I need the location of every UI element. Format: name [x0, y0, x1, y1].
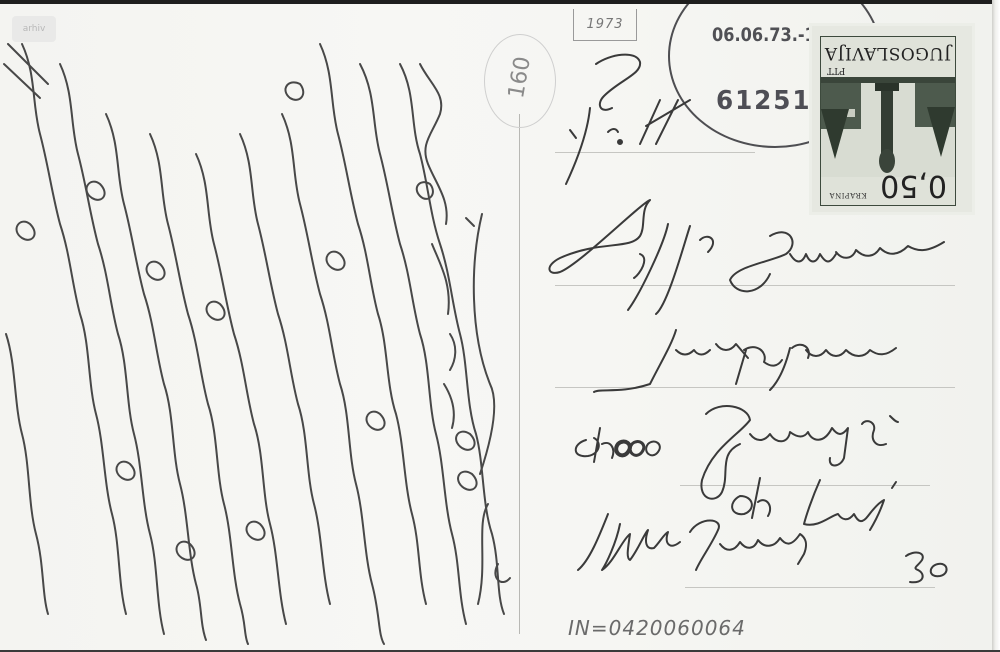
- postcard-back: arhiv 160 1973 06.06.73.-14 61251: [0, 4, 992, 650]
- message-handwriting: [4, 44, 510, 644]
- address-handwriting: [549, 55, 946, 583]
- archive-inventory-number: IN=0420060064: [568, 616, 746, 640]
- handwriting-layer: [0, 4, 992, 650]
- scan-border-right: [992, 0, 1000, 652]
